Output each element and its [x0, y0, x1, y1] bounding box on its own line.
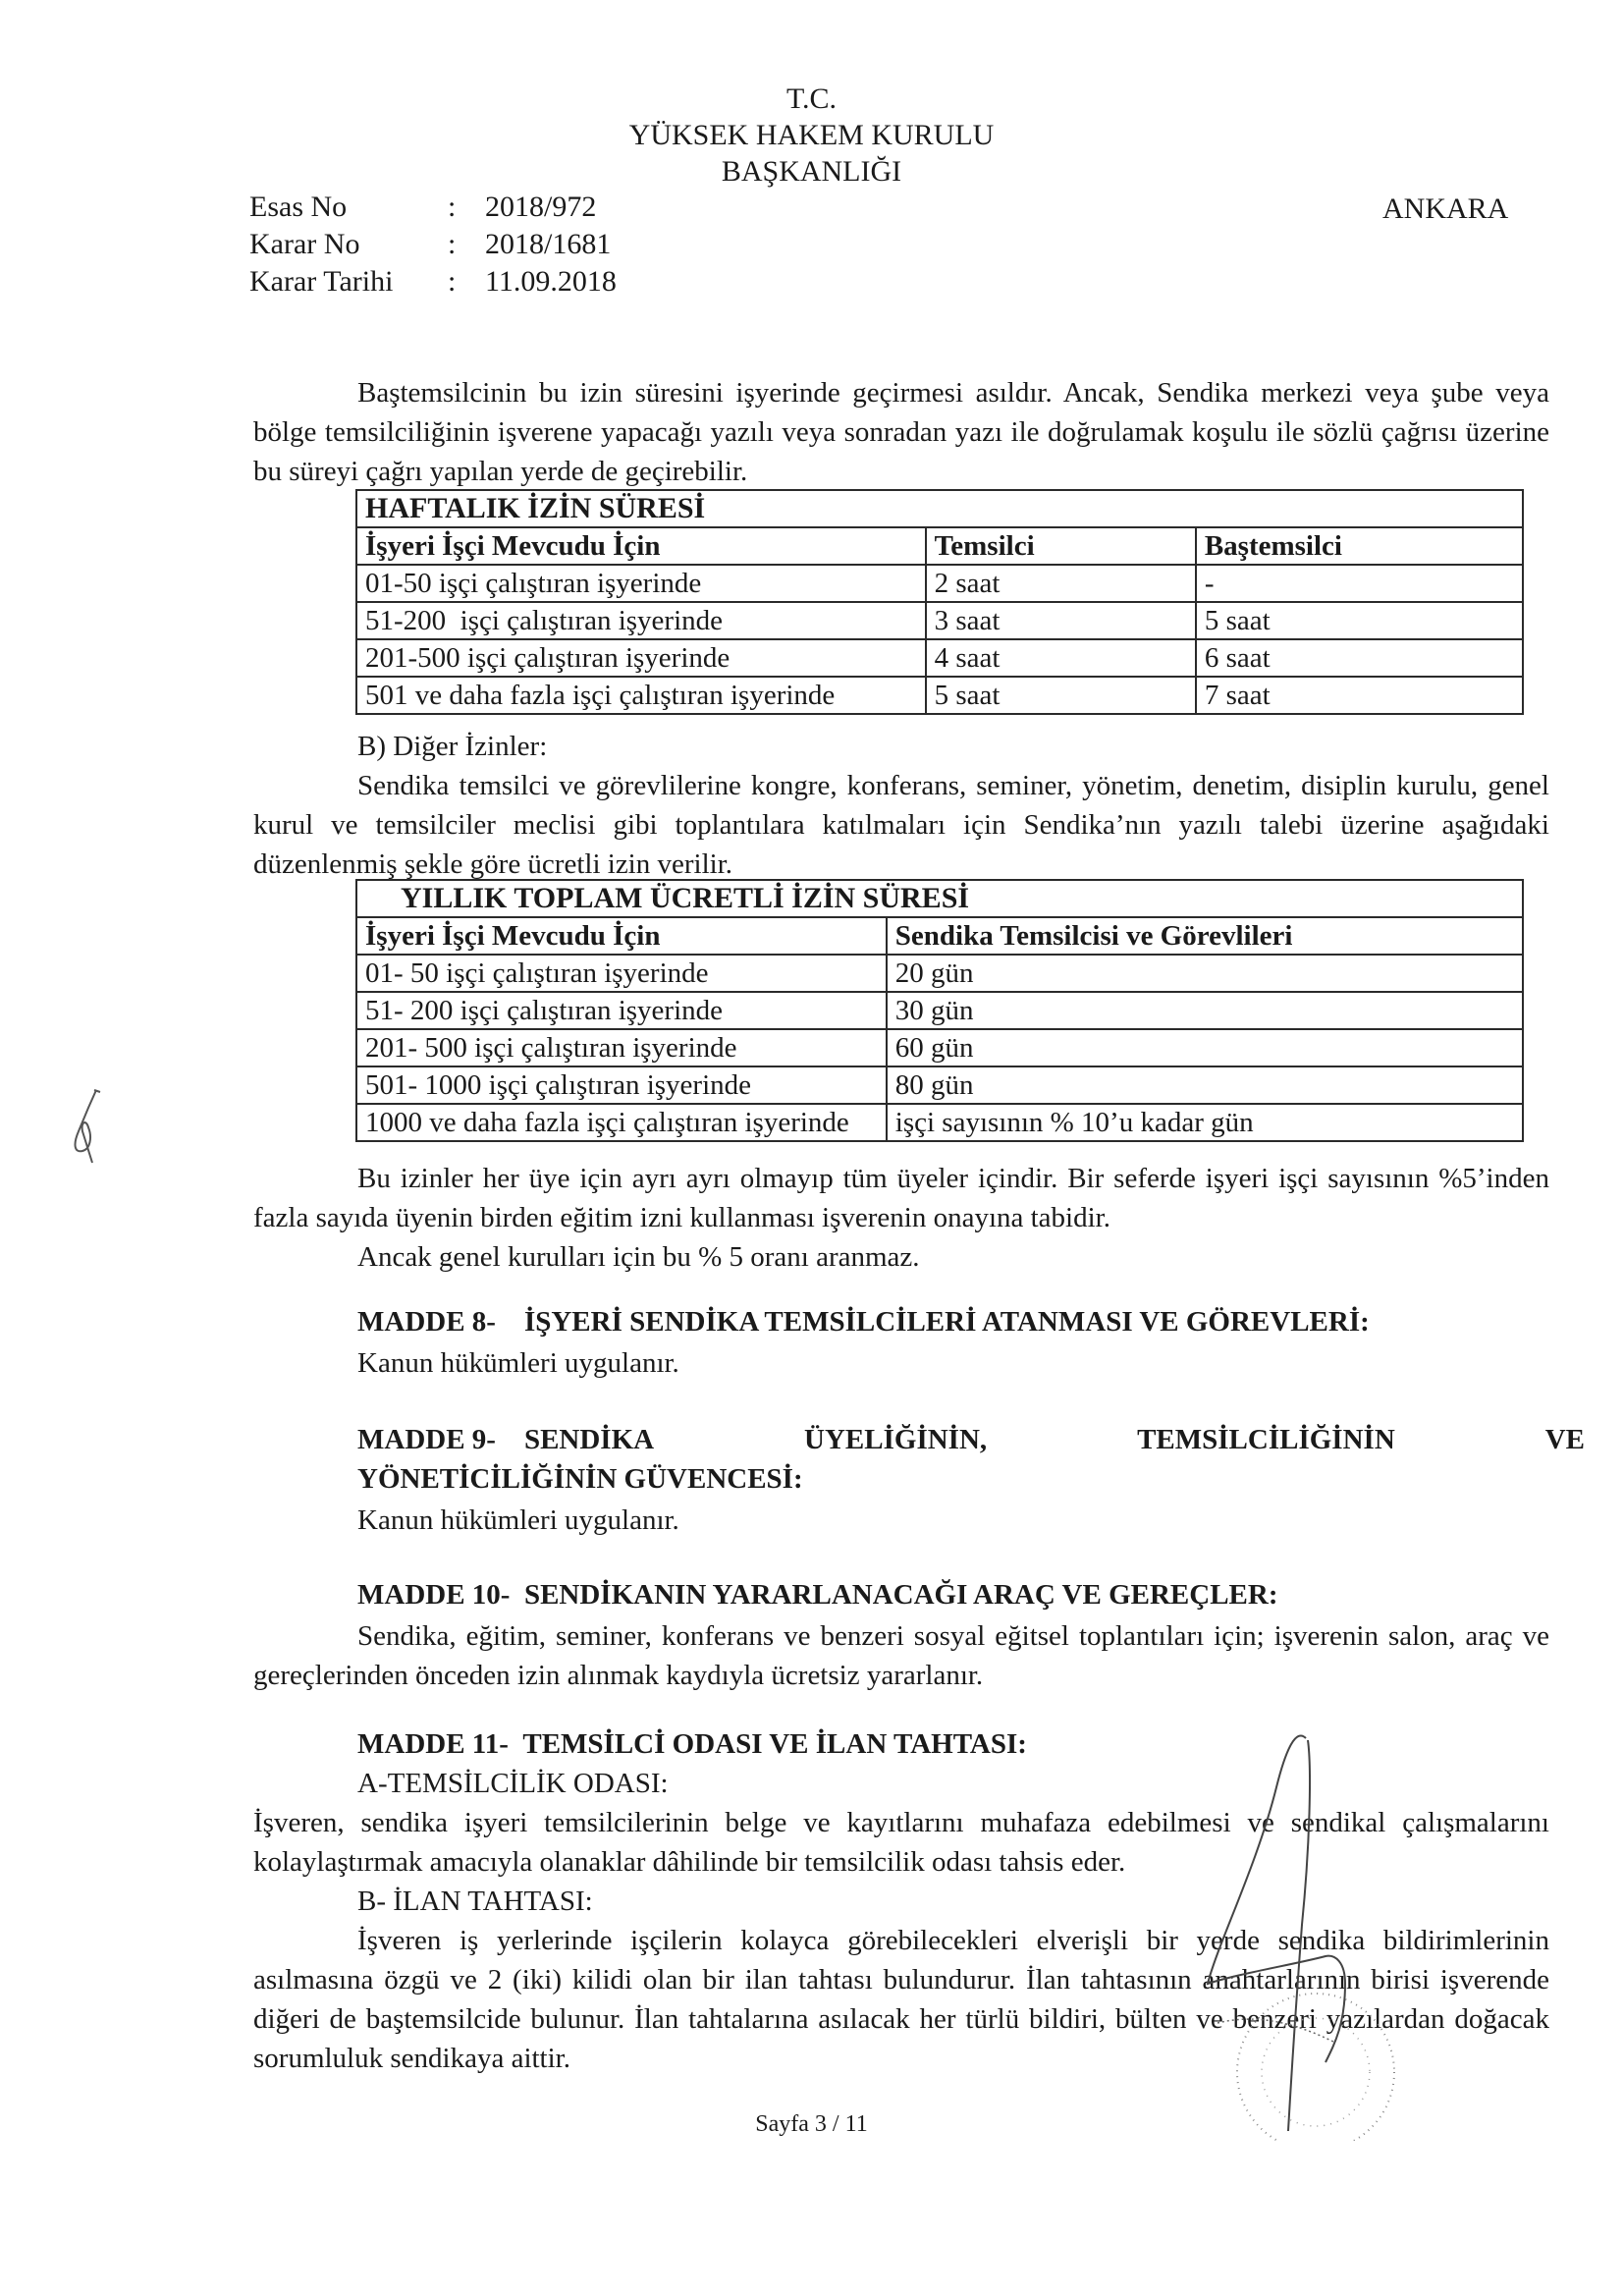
table-row: 201-500 işçi çalıştıran işyerinde4 saat6…: [356, 639, 1523, 677]
table-cell: 501 ve daha fazla işçi çalıştıran işyeri…: [356, 677, 926, 714]
meta-label: Esas No: [249, 189, 448, 226]
table-cell: 2 saat: [926, 565, 1196, 602]
table-cell: 4 saat: [926, 639, 1196, 677]
table-cell: 5 saat: [926, 677, 1196, 714]
article-9-body: Kanun hükümleri uygulanır.: [357, 1501, 1549, 1540]
table-cell: 51- 200 işçi çalıştıran işyerinde: [356, 992, 887, 1029]
table-cell: 80 gün: [887, 1066, 1523, 1104]
article-title-word: ÜYELİĞİNİN,: [804, 1420, 987, 1459]
table-cell: 501- 1000 işçi çalıştıran işyerinde: [356, 1066, 887, 1104]
article-number-text: MADDE 9-: [357, 1424, 496, 1455]
table-cell: 7 saat: [1196, 677, 1523, 714]
after-table-paragraph-1: Bu izinler her üye için ayrı ayrı olmayı…: [253, 1159, 1549, 1237]
table-cell: -: [1196, 565, 1523, 602]
other-leaves-paragraph: Sendika temsilci ve görevlilerine kongre…: [253, 766, 1549, 884]
meta-value: 11.09.2018: [485, 265, 617, 298]
article-title: İŞYERİ SENDİKA TEMSİLCİLERİ ATANMASI VE …: [524, 1306, 1370, 1338]
article-number: MADDE 9- SENDİKA: [357, 1420, 654, 1459]
after-table-paragraph-2: Ancak genel kurulları için bu % 5 oranı …: [253, 1237, 1549, 1277]
table-row: 1000 ve daha fazla işçi çalıştıran işyer…: [356, 1104, 1523, 1141]
article-title-word: TEMSİLCİLİĞİNİN: [1137, 1420, 1395, 1459]
article-11-sub-a-body: İşveren, sendika işyeri temsilcilerinin …: [253, 1803, 1549, 1882]
weekly-table-title: HAFTALIK İZİN SÜRESİ: [356, 490, 1523, 527]
article-9-heading: MADDE 9- SENDİKA ÜYELİĞİNİN, TEMSİLCİLİĞ…: [357, 1420, 1585, 1459]
table-cell: 51-200 işçi çalıştıran işyerinde: [356, 602, 926, 639]
meta-row-tarih: Karar Tarihi:11.09.2018: [249, 263, 617, 301]
article-title: SENDİKANIN YARARLANACAĞI ARAÇ VE GEREÇLE…: [524, 1579, 1278, 1611]
article-number: MADDE 8-: [357, 1306, 496, 1338]
annual-leave-table: YILLIK TOPLAM ÜCRETLİ İZİN SÜRESİ İşyeri…: [355, 879, 1524, 1142]
weekly-leave-table: HAFTALIK İZİN SÜRESİ İşyeri İşçi Mevcudu…: [355, 489, 1524, 715]
meta-row-karar: Karar No:2018/1681: [249, 226, 617, 263]
table-cell: 5 saat: [1196, 602, 1523, 639]
table-row: 01-50 işçi çalıştıran işyerinde2 saat-: [356, 565, 1523, 602]
weekly-header-workforce: İşyeri İşçi Mevcudu İçin: [356, 527, 926, 565]
meta-row-esas: Esas No:2018/972: [249, 189, 617, 226]
table-cell: 3 saat: [926, 602, 1196, 639]
article-number: MADDE 11-: [357, 1728, 509, 1760]
annual-header-workforce: İşyeri İşçi Mevcudu İçin: [356, 917, 887, 955]
weekly-header-representative: Temsilci: [926, 527, 1196, 565]
article-10-heading: MADDE 10- SENDİKANIN YARARLANACAĞI ARAÇ …: [357, 1575, 1278, 1614]
meta-label: Karar No: [249, 226, 448, 263]
table-cell: 01-50 işçi çalıştıran işyerinde: [356, 565, 926, 602]
article-8-heading: MADDE 8- İŞYERİ SENDİKA TEMSİLCİLERİ ATA…: [357, 1302, 1370, 1341]
article-10-body: Sendika, eğitim, seminer, konferans ve b…: [253, 1616, 1549, 1695]
intro-paragraph: Baştemsilcinin bu izin süresini işyerind…: [253, 373, 1549, 491]
table-cell: 201- 500 işçi çalıştıran işyerinde: [356, 1029, 887, 1066]
table-row: 01- 50 işçi çalıştıran işyerinde20 gün: [356, 955, 1523, 992]
header-tc: T.C.: [0, 82, 1623, 116]
meta-sep: :: [448, 226, 485, 263]
table-row: 51- 200 işçi çalıştıran işyerinde30 gün: [356, 992, 1523, 1029]
article-11-sub-a-heading: A-TEMSİLCİLİK ODASI:: [357, 1764, 1549, 1803]
article-9-heading-line2: YÖNETİCİLİĞİNİN GÜVENCESİ:: [357, 1459, 803, 1499]
meta-label: Karar Tarihi: [249, 263, 448, 301]
table-cell: 1000 ve daha fazla işçi çalıştıran işyer…: [356, 1104, 887, 1141]
header-institution: YÜKSEK HAKEM KURULU: [0, 119, 1623, 152]
case-metadata: Esas No:2018/972 Karar No:2018/1681 Kara…: [249, 189, 617, 301]
margin-initial-icon: [59, 1080, 118, 1178]
article-11-sub-b-heading: B- İLAN TAHTASI:: [357, 1882, 1549, 1921]
table-cell: 01- 50 işçi çalıştıran işyerinde: [356, 955, 887, 992]
meta-value: 2018/972: [485, 191, 596, 223]
article-11-sub-b-body: İşveren iş yerlerinde işçilerin kolayca …: [253, 1921, 1549, 2078]
table-row: 201- 500 işçi çalıştıran işyerinde60 gün: [356, 1029, 1523, 1066]
table-row: 501- 1000 işçi çalıştıran işyerinde80 gü…: [356, 1066, 1523, 1104]
page-number: Sayfa 3 / 11: [0, 2111, 1623, 2138]
article-8-body: Kanun hükümleri uygulanır.: [357, 1343, 1549, 1383]
article-number: MADDE 10-: [357, 1579, 510, 1611]
table-cell: 201-500 işçi çalıştıran işyerinde: [356, 639, 926, 677]
meta-sep: :: [448, 263, 485, 301]
table-cell: işçi sayısının % 10’u kadar gün: [887, 1104, 1523, 1141]
annual-table-title: YILLIK TOPLAM ÜCRETLİ İZİN SÜRESİ: [356, 880, 1523, 917]
other-leaves-heading: B) Diğer İzinler:: [357, 727, 1549, 766]
article-title-word: VE: [1545, 1420, 1585, 1459]
weekly-header-chief-representative: Baştemsilci: [1196, 527, 1523, 565]
table-row: 51-200 işçi çalıştıran işyerinde3 saat5 …: [356, 602, 1523, 639]
table-cell: 30 gün: [887, 992, 1523, 1029]
header-city: ANKARA: [1382, 192, 1508, 226]
article-11-heading: MADDE 11- TEMSİLCİ ODASI VE İLAN TAHTASI…: [357, 1724, 1027, 1764]
meta-sep: :: [448, 189, 485, 226]
article-title: TEMSİLCİ ODASI VE İLAN TAHTASI:: [522, 1728, 1027, 1760]
meta-value: 2018/1681: [485, 228, 611, 260]
annual-header-union-representatives: Sendika Temsilcisi ve Görevlileri: [887, 917, 1523, 955]
table-cell: 60 gün: [887, 1029, 1523, 1066]
table-row: 501 ve daha fazla işçi çalıştıran işyeri…: [356, 677, 1523, 714]
header-presidency: BAŞKANLIĞI: [0, 155, 1623, 189]
article-title-word: SENDİKA: [524, 1424, 654, 1455]
table-cell: 6 saat: [1196, 639, 1523, 677]
table-cell: 20 gün: [887, 955, 1523, 992]
